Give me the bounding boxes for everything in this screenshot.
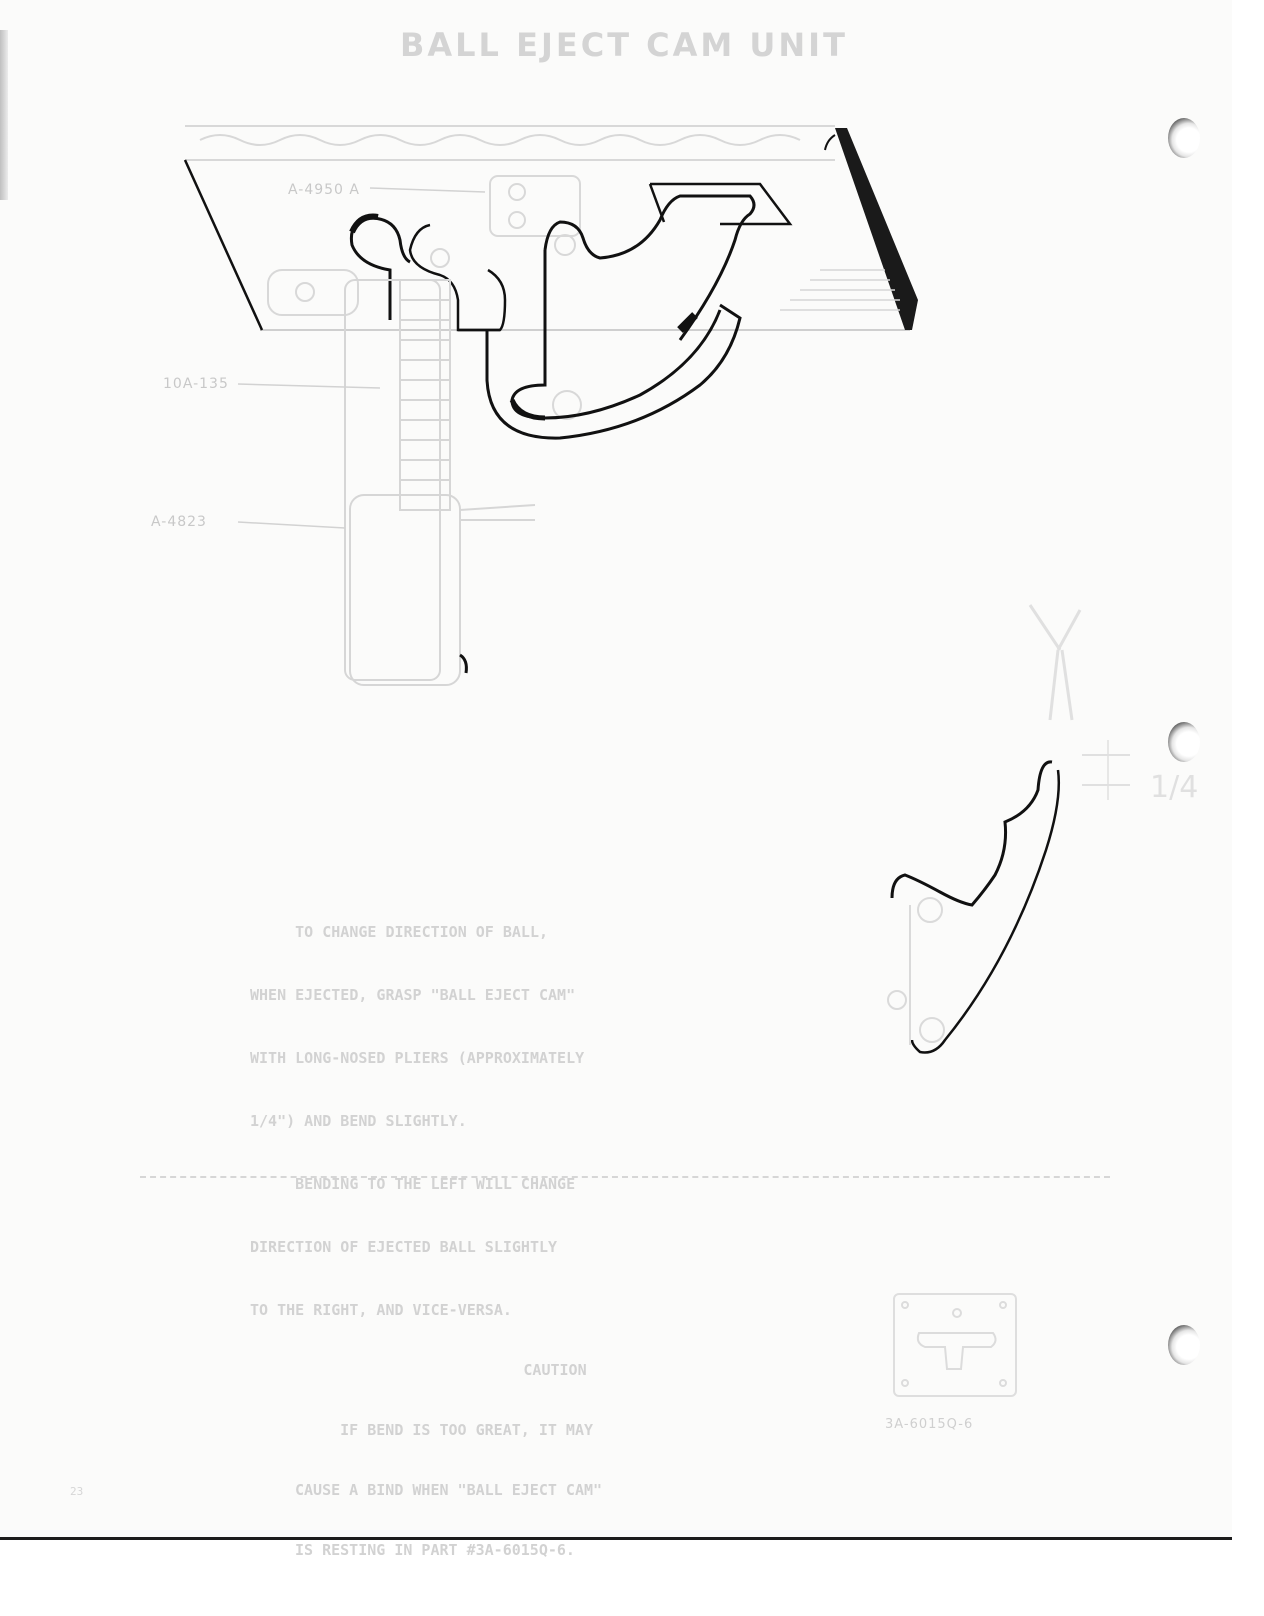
caution-line: IF BEND IS TOO GREAT, IT MAY	[295, 1420, 815, 1440]
cam-detail-view	[892, 762, 1052, 905]
dimension-label: 1/4	[1150, 770, 1198, 805]
board-left-edge	[185, 160, 262, 330]
part-label-a4950a: A-4950 A	[288, 182, 360, 198]
instruction-line: TO CHANGE DIRECTION OF BALL,	[250, 922, 830, 943]
instruction-line: 1/4") AND BEND SLIGHTLY.	[250, 1111, 830, 1132]
binder-hole-bottom	[1168, 1325, 1200, 1365]
instruction-line: DIRECTION OF EJECTED BALL SLIGHTLY	[250, 1237, 830, 1258]
instruction-line: WHEN EJECTED, GRASP "BALL EJECT CAM"	[250, 985, 830, 1006]
binder-hole-top	[1168, 118, 1200, 158]
bracket-part-icon	[895, 1295, 1015, 1395]
linkage-arm	[410, 225, 505, 330]
pliers-sketch	[1030, 605, 1130, 800]
section-divider	[140, 1176, 1110, 1178]
cam-rail-plate	[650, 184, 790, 224]
lever-hook	[351, 218, 410, 320]
document-page: BALL EJECT CAM UNIT	[0, 0, 1232, 1540]
part-label-10a135: 10A-135	[163, 376, 229, 392]
caution-title: CAUTION	[295, 1360, 815, 1380]
adjustment-instructions: TO CHANGE DIRECTION OF BALL, WHEN EJECTE…	[250, 880, 830, 1363]
caution-line: CAUSE A BIND WHEN "BALL EJECT CAM"	[295, 1480, 815, 1500]
page-number: 23	[70, 1485, 83, 1498]
part-3a-6015q-6-illustration	[893, 1293, 1017, 1397]
ball-eject-cam	[487, 305, 740, 438]
part-reference-label: 3A-6015Q-6	[885, 1417, 973, 1432]
part-label-a4823: A-4823	[151, 514, 207, 530]
binder-hole-middle	[1168, 722, 1200, 762]
caution-line: IS RESTING IN PART #3A-6015Q-6.	[295, 1540, 815, 1560]
caution-note: CAUTION IF BEND IS TOO GREAT, IT MAY CAU…	[295, 1320, 815, 1600]
instruction-line: WITH LONG-NOSED PLIERS (APPROXIMATELY	[250, 1048, 830, 1069]
instruction-line: TO THE RIGHT, AND VICE-VERSA.	[250, 1300, 830, 1321]
